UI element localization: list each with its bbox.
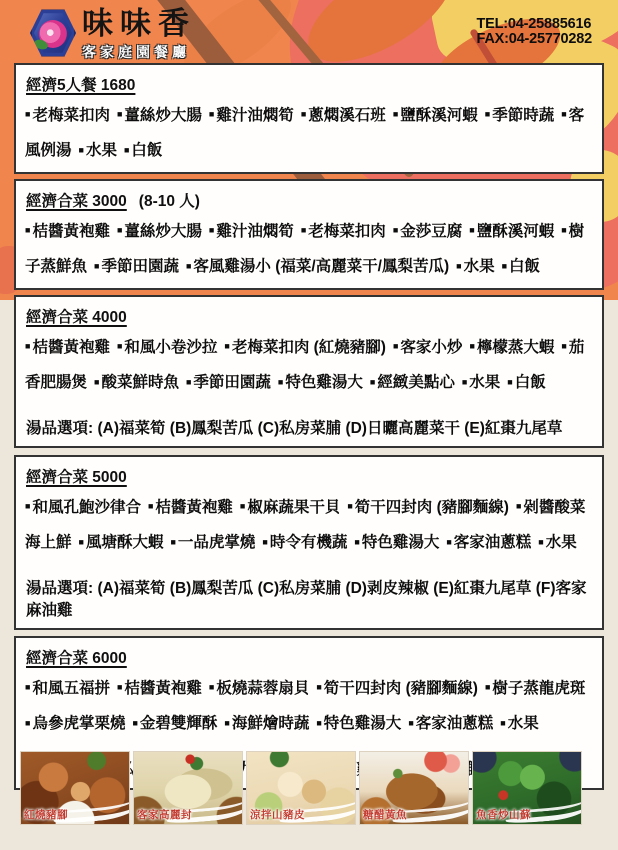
menu-item-label: 和風孔鮑沙律合 xyxy=(32,499,141,516)
square-bullet-icon: ■ xyxy=(224,341,229,351)
square-bullet-icon: ■ xyxy=(209,682,214,692)
menu-section-title-row: 經濟5人餐 1680 xyxy=(26,73,594,95)
square-bullet-icon: ■ xyxy=(469,225,474,235)
menu-item-label: 老梅菜扣肉 (紅燒豬腳) xyxy=(232,339,386,356)
menu-item: ■白飯 xyxy=(507,374,545,391)
menu-section-title-row: 經濟合菜 6000 xyxy=(26,646,594,668)
menu-item: ■酸菜鮮時魚 xyxy=(94,374,179,391)
menu-section-title-row: 經濟合菜 4000 xyxy=(26,305,594,327)
menu-item-label: 一品虎掌燒 xyxy=(178,534,256,551)
menu-item: ■特色雞湯大 xyxy=(354,534,439,551)
square-bullet-icon: ■ xyxy=(94,261,99,271)
menu-section-title: 經濟5人餐 1680 xyxy=(26,77,135,94)
menu-section-title: 經濟合菜 3000 xyxy=(26,193,127,210)
menu-item: ■季節田園蔬 xyxy=(186,374,271,391)
menu-item-label: 筍干四封肉 (豬腳麵線) xyxy=(324,680,478,697)
menu-item-label: 桔醬黃袍雞 xyxy=(155,499,233,516)
menu-item: ■薑絲炒大腸 xyxy=(117,223,202,240)
menu-item: ■金碧雙輝酥 xyxy=(132,715,217,732)
square-bullet-icon: ■ xyxy=(79,537,84,547)
menu-item: ■老梅菜扣肉 (紅燒豬腳) xyxy=(224,339,386,356)
menu-item-label: 水果 xyxy=(508,715,539,732)
brand-block: 味味香 客家庭園餐廳 xyxy=(82,8,196,62)
square-bullet-icon: ■ xyxy=(186,261,191,271)
menu-item-list: ■桔醬黃袍雞■和風小卷沙拉■老梅菜扣肉 (紅燒豬腳)■客家小炒■檸檬蒸大蝦■茄香… xyxy=(25,329,594,400)
square-bullet-icon: ■ xyxy=(117,225,122,235)
square-bullet-icon: ■ xyxy=(25,501,30,511)
square-bullet-icon: ■ xyxy=(148,501,153,511)
menu-section-title-row: 經濟合菜 3000(8-10 人) xyxy=(26,189,594,211)
menu-section-2: 經濟合菜 3000(8-10 人)■桔醬黃袍雞■薑絲炒大腸■雞汁油燜筍■老梅菜扣… xyxy=(14,179,604,290)
menu-item: ■和風孔鮑沙律合 xyxy=(25,499,141,516)
menu-item: ■薑絲炒大腸 xyxy=(117,107,202,124)
square-bullet-icon: ■ xyxy=(25,718,30,728)
menu-item: ■板燒蒜蓉扇貝 xyxy=(209,680,309,697)
menu-item: ■風塘酥大蝦 xyxy=(79,534,164,551)
menu-item: ■鹽酥溪河蝦 xyxy=(469,223,554,240)
square-bullet-icon: ■ xyxy=(25,109,30,119)
menu-item-label: 風塘酥大蝦 xyxy=(86,534,164,551)
menu-item-list: ■和風五福拼■桔醬黃袍雞■板燒蒜蓉扇貝■筍干四封肉 (豬腳麵線)■樹子蒸龍虎斑■… xyxy=(25,670,594,741)
menu-item: ■季節田園蔬 xyxy=(94,258,179,275)
menu-item: ■特色雞湯大 xyxy=(278,374,363,391)
menu-section-title: 經濟合菜 5000 xyxy=(26,469,127,486)
menu-item: ■樹子蒸龍虎斑 xyxy=(485,680,585,697)
menu-item: ■水果 xyxy=(79,142,117,159)
contact-info: TEL:04-25885616 FAX:04-25770282 xyxy=(477,17,593,47)
menu-item-label: 特色雞湯大 xyxy=(324,715,402,732)
menu-item-label: 特色雞湯大 xyxy=(285,374,363,391)
tel-number: TEL:04-25885616 xyxy=(477,17,593,32)
menu-item-label: 老梅菜扣肉 xyxy=(308,223,386,240)
menu-item-label: 經緻美點心 xyxy=(377,374,455,391)
square-bullet-icon: ■ xyxy=(25,341,30,351)
dish-photo: 糖醋黃魚 xyxy=(359,751,469,825)
menu-item-label: 客家油蔥糕 xyxy=(416,715,494,732)
fax-number: FAX:04-25770282 xyxy=(477,32,593,47)
square-bullet-icon: ■ xyxy=(209,225,214,235)
menu-item-label: 桔醬黃袍雞 xyxy=(32,339,110,356)
menu-item: ■白飯 xyxy=(124,142,162,159)
menu-item-label: 時令有機蔬 xyxy=(270,534,348,551)
menu-item: ■筍干四封肉 (豬腳麵線) xyxy=(347,499,509,516)
menu-item-label: 桔醬黃袍雞 xyxy=(124,680,202,697)
menu-item: ■客家油蔥糕 xyxy=(446,534,531,551)
menu-item-label: 板燒蒜蓉扇貝 xyxy=(216,680,309,697)
menu-item: ■筍干四封肉 (豬腳麵線) xyxy=(316,680,478,697)
menu-item: ■鹽酥溪河蝦 xyxy=(393,107,478,124)
menu-item-label: 蔥燜溪石班 xyxy=(308,107,386,124)
restaurant-logo-icon xyxy=(30,8,76,58)
menu-item-label: 老梅菜扣肉 xyxy=(32,107,110,124)
square-bullet-icon: ■ xyxy=(25,682,30,692)
menu-item-label: 水果 xyxy=(469,374,500,391)
menu-section-title-suffix: (8-10 人) xyxy=(139,193,200,210)
square-bullet-icon: ■ xyxy=(224,718,229,728)
menu-item: ■老梅菜扣肉 xyxy=(301,223,386,240)
brand-name: 味味香 xyxy=(82,8,196,41)
menu-item: ■特色雞湯大 xyxy=(316,715,401,732)
menu-section-4: 經濟合菜 5000■和風孔鮑沙律合■桔醬黃袍雞■椒麻蔬果干貝■筍干四封肉 (豬腳… xyxy=(14,455,604,630)
square-bullet-icon: ■ xyxy=(117,341,122,351)
square-bullet-icon: ■ xyxy=(370,377,375,387)
menu-item-label: 檸檬蒸大蝦 xyxy=(477,339,555,356)
square-bullet-icon: ■ xyxy=(507,377,512,387)
menu-item-label: 海鮮燴時蔬 xyxy=(232,715,310,732)
square-bullet-icon: ■ xyxy=(117,682,122,692)
menu-item: ■椒麻蔬果干貝 xyxy=(240,499,340,516)
menu-item-label: 筍干四封肉 (豬腳麵線) xyxy=(355,499,509,516)
menu-item-list: ■和風孔鮑沙律合■桔醬黃袍雞■椒麻蔬果干貝■筍干四封肉 (豬腳麵線)■剁醬酸菜海… xyxy=(25,489,594,560)
menu-item: ■檸檬蒸大蝦 xyxy=(469,339,554,356)
menu-item: ■桔醬黃袍雞 xyxy=(25,339,110,356)
menu-item: ■客家小炒 xyxy=(393,339,462,356)
menu-item-label: 和風小卷沙拉 xyxy=(124,339,217,356)
dish-caption: 涼拌山豬皮 xyxy=(250,807,305,822)
menu-item: ■經緻美點心 xyxy=(370,374,455,391)
menu-item-label: 白飯 xyxy=(515,374,546,391)
menu-item: ■烏參虎掌栗燒 xyxy=(25,715,125,732)
square-bullet-icon: ■ xyxy=(170,537,175,547)
menu-item: ■水果 xyxy=(500,715,538,732)
dish-caption: 魚香炒山蘇 xyxy=(476,807,531,822)
dish-caption: 糖醋黃魚 xyxy=(363,807,407,822)
menu-item: ■桔醬黃袍雞 xyxy=(25,223,110,240)
menu-item-list: ■桔醬黃袍雞■薑絲炒大腸■雞汁油燜筍■老梅菜扣肉■金莎豆腐■鹽酥溪河蝦■樹子蒸鮮… xyxy=(25,213,594,284)
menu-item-label: 白飯 xyxy=(131,142,162,159)
menu-item: ■客家油蔥糕 xyxy=(408,715,493,732)
square-bullet-icon: ■ xyxy=(561,341,566,351)
menu-item-label: 季節田園蔬 xyxy=(193,374,271,391)
menu-item-label: 樹子蒸龍虎斑 xyxy=(492,680,585,697)
square-bullet-icon: ■ xyxy=(132,718,137,728)
square-bullet-icon: ■ xyxy=(262,537,267,547)
menu-item-label: 客家油蔥糕 xyxy=(454,534,532,551)
square-bullet-icon: ■ xyxy=(393,109,398,119)
menu-section-title-row: 經濟合菜 5000 xyxy=(26,465,594,487)
menu-item: ■季節時蔬 xyxy=(485,107,554,124)
menu-item-label: 金莎豆腐 xyxy=(400,223,462,240)
square-bullet-icon: ■ xyxy=(278,377,283,387)
menu-item: ■一品虎掌燒 xyxy=(170,534,255,551)
menu-item: ■水果 xyxy=(462,374,500,391)
menu-item: ■雞汁油燜筍 xyxy=(209,223,294,240)
menu-section-title: 經濟合菜 4000 xyxy=(26,309,127,326)
square-bullet-icon: ■ xyxy=(79,145,84,155)
brand-subtitle: 客家庭園餐廳 xyxy=(82,42,196,62)
square-bullet-icon: ■ xyxy=(408,718,413,728)
square-bullet-icon: ■ xyxy=(393,341,398,351)
menu-section-title: 經濟合菜 6000 xyxy=(26,650,127,667)
square-bullet-icon: ■ xyxy=(301,109,306,119)
menu-item-label: 特色雞湯大 xyxy=(362,534,440,551)
header: 味味香 客家庭園餐廳 TEL:04-25885616 FAX:04-257702… xyxy=(0,0,618,63)
square-bullet-icon: ■ xyxy=(316,718,321,728)
menu-item-label: 椒麻蔬果干貝 xyxy=(247,499,340,516)
menu-item-label: 和風五福拼 xyxy=(32,680,110,697)
menu-item-label: 桔醬黃袍雞 xyxy=(32,223,110,240)
dish-photo: 紅燒豬腳 xyxy=(20,751,130,825)
menu-item-label: 雞汁油燜筍 xyxy=(216,223,294,240)
square-bullet-icon: ■ xyxy=(186,377,191,387)
menu-item-label: 鹽酥溪河蝦 xyxy=(477,223,555,240)
menu-item: ■和風五福拼 xyxy=(25,680,110,697)
square-bullet-icon: ■ xyxy=(316,682,321,692)
menu-item-label: 鹽酥溪河蝦 xyxy=(400,107,478,124)
square-bullet-icon: ■ xyxy=(25,225,30,235)
menu-sections: 經濟5人餐 1680■老梅菜扣肉■薑絲炒大腸■雞汁油燜筍■蔥燜溪石班■鹽酥溪河蝦… xyxy=(14,63,604,790)
menu-item-label: 水果 xyxy=(464,258,495,275)
menu-page: 味味香 客家庭園餐廳 TEL:04-25885616 FAX:04-257702… xyxy=(0,0,618,850)
square-bullet-icon: ■ xyxy=(354,537,359,547)
soup-options: 湯品選項: (A)福菜筍 (B)鳳梨苦瓜 (C)私房菜脯 (D)剥皮辣椒 (E)… xyxy=(26,576,594,620)
menu-item: ■桔醬黃袍雞 xyxy=(117,680,202,697)
menu-item: ■白飯 xyxy=(502,258,540,275)
menu-item-label: 季節田園蔬 xyxy=(101,258,179,275)
square-bullet-icon: ■ xyxy=(485,682,490,692)
menu-item: ■海鮮燴時蔬 xyxy=(224,715,309,732)
dish-caption: 客家高麗封 xyxy=(137,807,192,822)
square-bullet-icon: ■ xyxy=(469,341,474,351)
menu-item: ■金莎豆腐 xyxy=(393,223,462,240)
square-bullet-icon: ■ xyxy=(393,225,398,235)
menu-item-label: 水果 xyxy=(86,142,117,159)
dish-caption: 紅燒豬腳 xyxy=(24,807,68,822)
square-bullet-icon: ■ xyxy=(209,109,214,119)
menu-item: ■時令有機蔬 xyxy=(262,534,347,551)
menu-item-label: 白飯 xyxy=(509,258,540,275)
square-bullet-icon: ■ xyxy=(502,261,507,271)
menu-item-label: 酸菜鮮時魚 xyxy=(101,374,179,391)
square-bullet-icon: ■ xyxy=(462,377,467,387)
square-bullet-icon: ■ xyxy=(301,225,306,235)
menu-item-label: 薑絲炒大腸 xyxy=(124,107,202,124)
menu-item: ■桔醬黃袍雞 xyxy=(148,499,233,516)
menu-item-label: 水果 xyxy=(546,534,577,551)
menu-item: ■客風雞湯小 (福菜/高麗菜干/鳳梨苦瓜) xyxy=(186,258,449,275)
menu-item-label: 薑絲炒大腸 xyxy=(124,223,202,240)
square-bullet-icon: ■ xyxy=(347,501,352,511)
dish-photo-strip: 紅燒豬腳客家高麗封涼拌山豬皮糖醋黃魚魚香炒山蘇 xyxy=(20,751,598,825)
square-bullet-icon: ■ xyxy=(500,718,505,728)
menu-section-3: 經濟合菜 4000■桔醬黃袍雞■和風小卷沙拉■老梅菜扣肉 (紅燒豬腳)■客家小炒… xyxy=(14,295,604,448)
dish-photo: 客家高麗封 xyxy=(133,751,243,825)
menu-item-label: 客家小炒 xyxy=(400,339,462,356)
square-bullet-icon: ■ xyxy=(516,501,521,511)
menu-item: ■水果 xyxy=(538,534,576,551)
menu-item-label: 烏參虎掌栗燒 xyxy=(32,715,125,732)
menu-item: ■蔥燜溪石班 xyxy=(301,107,386,124)
menu-item: ■和風小卷沙拉 xyxy=(117,339,217,356)
menu-item: ■水果 xyxy=(456,258,494,275)
menu-item-label: 客風雞湯小 (福菜/高麗菜干/鳳梨苦瓜) xyxy=(193,258,449,275)
square-bullet-icon: ■ xyxy=(94,377,99,387)
dish-photo: 涼拌山豬皮 xyxy=(246,751,356,825)
menu-item-label: 季節時蔬 xyxy=(492,107,554,124)
square-bullet-icon: ■ xyxy=(561,225,566,235)
menu-item: ■老梅菜扣肉 xyxy=(25,107,110,124)
square-bullet-icon: ■ xyxy=(485,109,490,119)
menu-item-label: 金碧雙輝酥 xyxy=(140,715,218,732)
square-bullet-icon: ■ xyxy=(561,109,566,119)
square-bullet-icon: ■ xyxy=(240,501,245,511)
menu-section-1: 經濟5人餐 1680■老梅菜扣肉■薑絲炒大腸■雞汁油燜筍■蔥燜溪石班■鹽酥溪河蝦… xyxy=(14,63,604,174)
dish-photo: 魚香炒山蘇 xyxy=(472,751,582,825)
square-bullet-icon: ■ xyxy=(538,537,543,547)
square-bullet-icon: ■ xyxy=(124,145,129,155)
menu-item-label: 雞汁油燜筍 xyxy=(216,107,294,124)
soup-options: 湯品選項: (A)福菜筍 (B)鳳梨苦瓜 (C)私房菜脯 (D)日曬高麗菜干 (… xyxy=(26,416,594,438)
square-bullet-icon: ■ xyxy=(456,261,461,271)
square-bullet-icon: ■ xyxy=(446,537,451,547)
menu-item: ■雞汁油燜筍 xyxy=(209,107,294,124)
square-bullet-icon: ■ xyxy=(117,109,122,119)
menu-item-list: ■老梅菜扣肉■薑絲炒大腸■雞汁油燜筍■蔥燜溪石班■鹽酥溪河蝦■季節時蔬■客風例湯… xyxy=(25,97,594,168)
